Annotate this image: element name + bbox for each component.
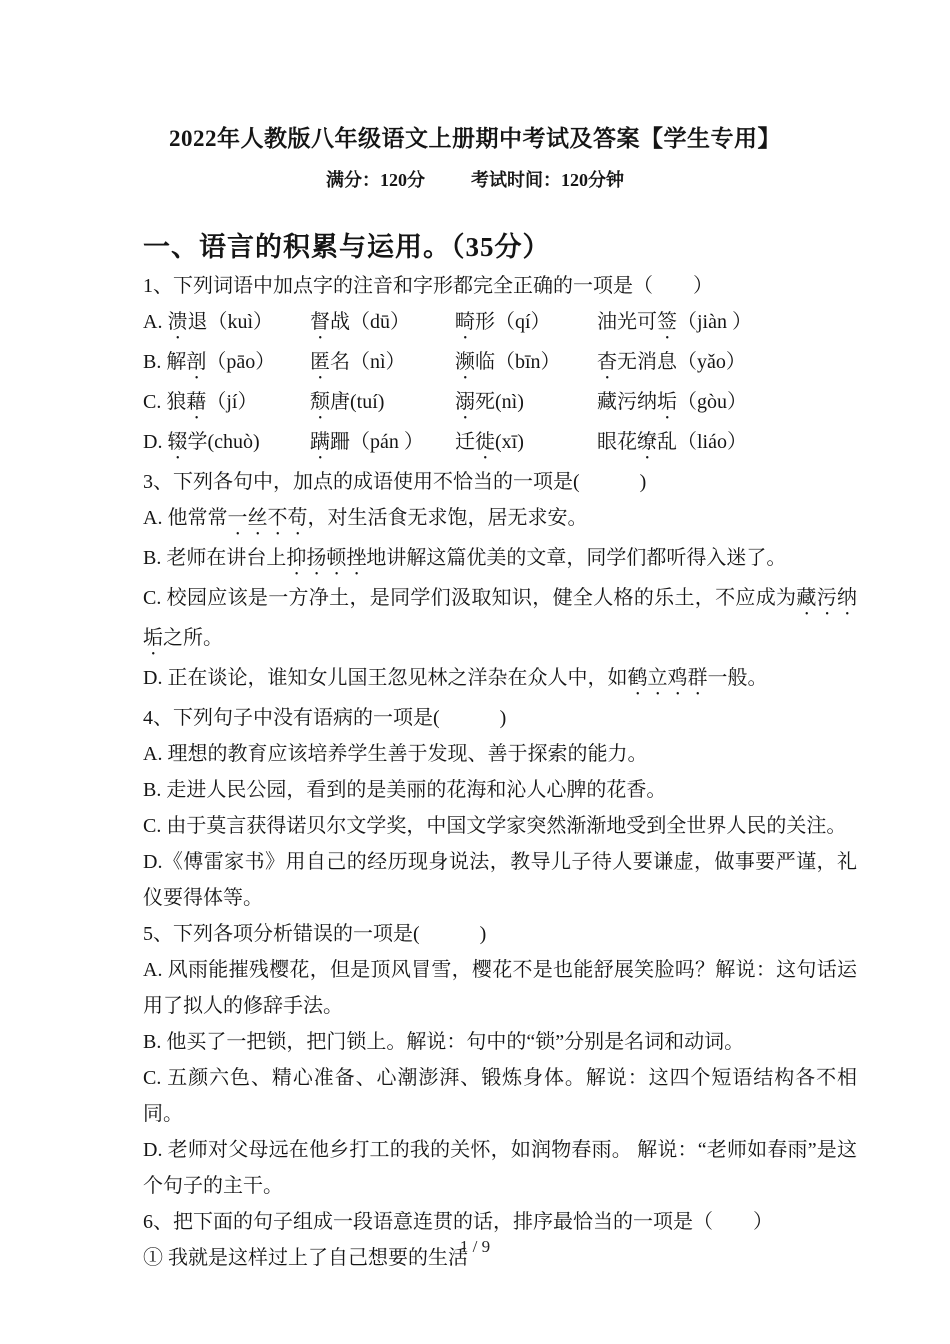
option-cell: C. 狼藉（jí） [143,384,310,424]
page-number: 1 / 9 [0,1237,950,1257]
option-line: A. 他常常一丝不苟，对生活食无求饱，居无求安。 [143,500,857,540]
option-cell: 濒临（bīn） [455,344,597,384]
option-cell: D. 辍学(chuò) [143,424,310,464]
option-line: C. 由于莫言获得诺贝尔文学奖，中国文学家突然渐渐地受到全世界人民的关注。 [143,808,857,844]
question-stem: 3、下列各句中，加点的成语使用不恰当的一项是( ) [143,464,857,500]
exam-meta: 满分：120分考试时间：120分钟 [0,166,950,192]
option-cell: 督战（dū） [310,304,455,344]
option-line: C. 校园应该是一方净土，是同学们汲取知识，健全人格的乐土，不应成为藏污纳垢之所… [143,580,857,660]
exam-document-page: 2022年人教版八年级语文上册期中考试及答案【学生专用】 满分：120分考试时间… [0,0,950,1344]
option-cell: 杳无消息（yǎo） [597,344,857,384]
option-cell: 迁徙(xī) [455,424,597,464]
option-cell: 颓唐(tuí) [310,384,455,424]
option-line: B. 老师在讲台上抑扬顿挫地讲解这篇优美的文章，同学们都听得入迷了。 [143,540,857,580]
option-line: D. 老师对父母远在他乡打工的我的关怀，如润物春雨。 解说：“老师如春雨”是这个… [143,1132,857,1204]
exam-time-label: 考试时间：120分钟 [471,170,624,190]
question-stem: 1、下列词语中加点字的注音和字形都完全正确的一项是（ ） [143,268,857,304]
option-row: C. 狼藉（jí） 颓唐(tuí) 溺死(nì) 藏污纳垢（gòu） [143,384,857,424]
option-line: D.《傅雷家书》用自己的经历现身说法，教导儿子待人要谦虚，做事要严谨，礼仪要得体… [143,844,857,916]
option-row: D. 辍学(chuò) 蹒跚（pán ） 迁徙(xī) 眼花缭乱（liáo） [143,424,857,464]
option-line: A. 理想的教育应该培养学生善于发现、善于探索的能力。 [143,736,857,772]
option-cell: 眼花缭乱（liáo） [597,424,857,464]
question-list: 1、下列词语中加点字的注音和字形都完全正确的一项是（ ） A. 溃退（kuì） … [143,268,857,1276]
option-cell: 溺死(nì) [455,384,597,424]
option-cell: A. 溃退（kuì） [143,304,310,344]
page-title: 2022年人教版八年级语文上册期中考试及答案【学生专用】 [0,0,950,153]
option-cell: 油光可签（jiàn ） [597,304,857,344]
option-line: D. 正在谈论，谁知女儿国王忽见林之洋杂在众人中，如鹤立鸡群一般。 [143,660,857,700]
option-cell: B. 解剖（pāo） [143,344,310,384]
option-row: B. 解剖（pāo） 匿名（nì） 濒临（bīn） 杳无消息（yǎo） [143,344,857,384]
question-stem: 6、把下面的句子组成一段语意连贯的话，排序最恰当的一项是（ ） [143,1204,857,1240]
option-cell: 藏污纳垢（gòu） [597,384,857,424]
option-row: A. 溃退（kuì） 督战（dū） 畸形（qí） 油光可签（jiàn ） [143,304,857,344]
option-cell: 畸形（qí） [455,304,597,344]
option-cell: 匿名（nì） [310,344,455,384]
full-score-label: 满分：120分 [326,170,425,190]
option-line: C. 五颜六色、精心准备、心潮澎湃、锻炼身体。解说：这四个短语结构各不相同。 [143,1060,857,1132]
option-line: A. 风雨能摧残樱花，但是顶风冒雪，樱花不是也能舒展笑脸吗？解说：这句话运用了拟… [143,952,857,1024]
question-stem: 4、下列句子中没有语病的一项是( ) [143,700,857,736]
option-cell: 蹒跚（pán ） [310,424,455,464]
question-stem: 5、下列各项分析错误的一项是( ) [143,916,857,952]
option-line: B. 他买了一把锁，把门锁上。解说：句中的“锁”分别是名词和动词。 [143,1024,857,1060]
option-line: B. 走进人民公园，看到的是美丽的花海和沁人心脾的花香。 [143,772,857,808]
section-heading: 一、语言的积累与运用。（35分） [143,225,950,264]
